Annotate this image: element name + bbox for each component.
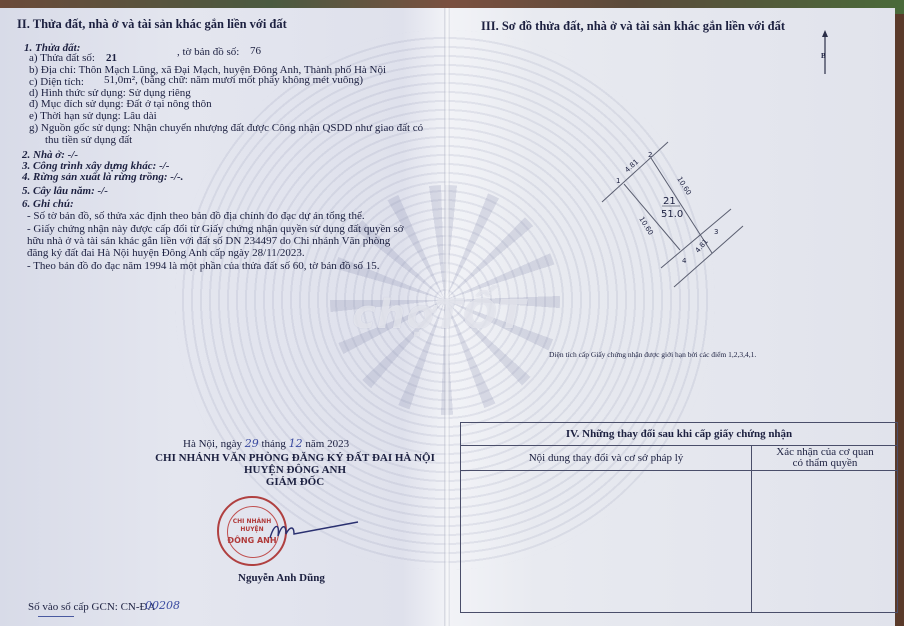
section-ii-title: II. Thửa đất, nhà ở và tài sản khác gắn … bbox=[17, 18, 287, 30]
note-line: - Số tờ bản đồ, số thửa xác định theo bả… bbox=[27, 210, 365, 222]
changes-table-header-row: Nội dung thay đổi và cơ sở pháp lý Xác n… bbox=[461, 445, 897, 471]
item-forest: 4. Rừng sản xuất là rừng trồng: -/-. bbox=[22, 171, 183, 183]
date-prefix: Hà Nội, ngày bbox=[183, 438, 242, 450]
changes-table-title: IV. Những thay đổi sau khi cấp giấy chứn… bbox=[461, 428, 897, 440]
usage-purpose: đ) Mục đích sử dụng: Đất ở tại nông thôn bbox=[29, 98, 212, 110]
director-title: GIÁM ĐỐC bbox=[130, 476, 460, 488]
usage-term: e) Thời hạn sử dụng: Lâu dài bbox=[29, 110, 157, 122]
diagram-area: 51.0 bbox=[661, 209, 683, 221]
office-name: CHI NHÁNH VĂN PHÒNG ĐĂNG KÝ ĐẤT ĐAI HÀ N… bbox=[130, 452, 460, 464]
section-iii-title: III. Sơ đồ thửa đất, nhà ở và tài sản kh… bbox=[481, 20, 785, 32]
note-line: - Giấy chứng nhận này được cấp đổi từ Gi… bbox=[27, 223, 404, 235]
point-3: 3 bbox=[714, 226, 718, 238]
notes-heading: 6. Ghi chú: bbox=[22, 198, 74, 210]
month-label: tháng bbox=[261, 438, 285, 450]
point-1: 1 bbox=[616, 175, 620, 187]
map-number: 76 bbox=[250, 45, 261, 57]
point-4: 4 bbox=[682, 255, 686, 267]
north-label: B bbox=[821, 50, 826, 62]
origin-line-1: g) Nguồn gốc sử dụng: Nhận chuyển nhượng… bbox=[29, 122, 423, 134]
col-change-content: Nội dung thay đổi và cơ sở pháp lý bbox=[461, 452, 751, 464]
signature-date: Hà Nội, ngày 29 tháng 12 năm 2023 bbox=[183, 438, 349, 450]
date-day: 29 bbox=[245, 437, 259, 450]
registry-underline bbox=[38, 616, 74, 617]
year-label: năm 2023 bbox=[305, 438, 349, 450]
parcel-label: a) Thửa đất số: bbox=[29, 52, 95, 64]
signer-name: Nguyễn Anh Dũng bbox=[238, 572, 325, 584]
col-confirmation-line-2: có thẩm quyền bbox=[751, 457, 899, 469]
diagram-caption: Diện tích cấp Giấy chứng nhận được giới … bbox=[549, 349, 756, 361]
parcel-number: 21 bbox=[106, 52, 117, 64]
signature-scribble bbox=[268, 518, 368, 544]
table-column-divider bbox=[751, 446, 752, 612]
date-month: 12 bbox=[289, 437, 303, 450]
note-line: hữu nhà ở và tài sản khác gắn liền với đ… bbox=[27, 235, 390, 247]
note-line: - Theo bản đồ đo đạc năm 1994 là một phầ… bbox=[27, 260, 380, 272]
chotot-watermark: chợTỐT bbox=[352, 292, 526, 338]
changes-table: IV. Những thay đổi sau khi cấp giấy chứn… bbox=[460, 422, 898, 613]
note-line: đăng ký đất đai Hà Nội huyện Đông Anh cấ… bbox=[27, 247, 305, 259]
area-value: 51,0m², (bằng chữ: năm mươi mốt phẩy khô… bbox=[104, 74, 363, 86]
diagram-parcel-number: 21 bbox=[663, 196, 676, 208]
point-2: 2 bbox=[648, 149, 652, 161]
map-label: , tờ bản đồ số: bbox=[177, 46, 239, 58]
changes-table-title-row: IV. Những thay đổi sau khi cấp giấy chứn… bbox=[461, 423, 897, 446]
office-district: HUYỆN ĐÔNG ANH bbox=[130, 464, 460, 476]
item-perennial: 5. Cây lâu năm: -/- bbox=[22, 185, 108, 197]
registry-label: Số vào sổ cấp GCN: CN-ĐA bbox=[28, 601, 155, 613]
origin-line-2: thu tiền sử dụng đất bbox=[45, 134, 132, 146]
registry-number: 00208 bbox=[145, 600, 180, 612]
